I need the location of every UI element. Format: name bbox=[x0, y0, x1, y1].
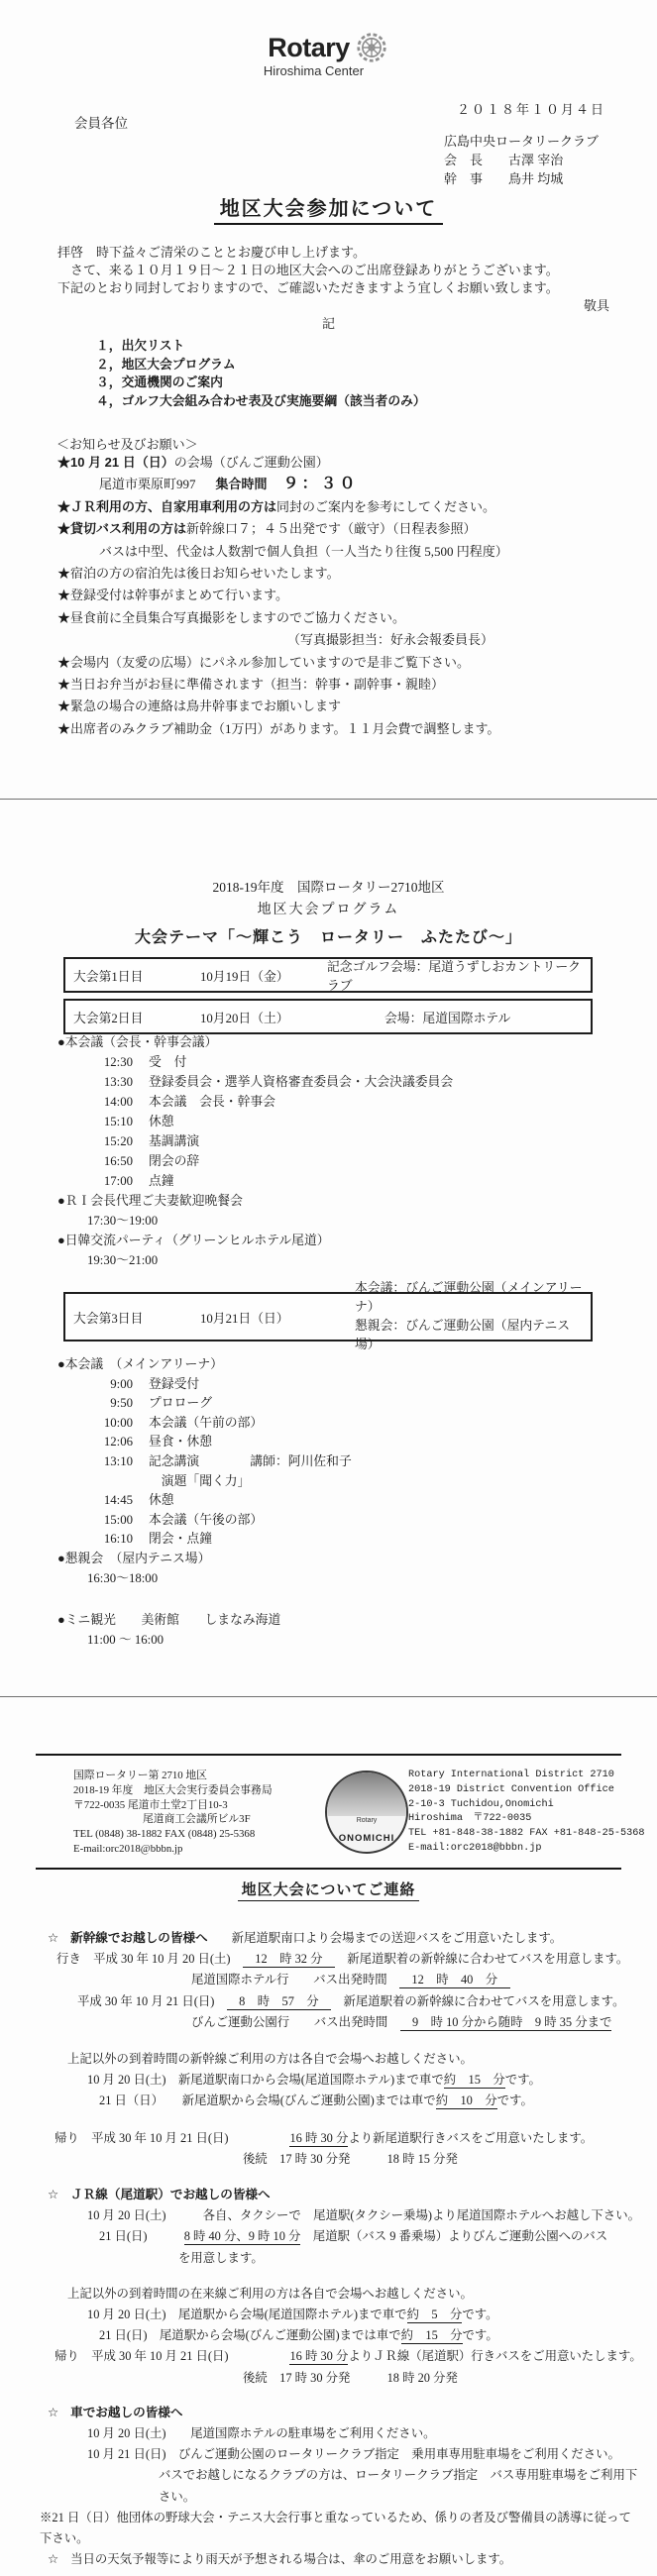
notices-block: ★10 月 21 日（日）の会場（びんご運動公園） 尾道市栗原町997集合時間９… bbox=[57, 452, 643, 740]
schedule-row: 16:10閉会・点鐘 bbox=[57, 1530, 643, 1550]
contact-note: ※21 日（日）他団体の野球大会・テニス大会行事と重なっているため、係りの者及び… bbox=[40, 2508, 643, 2549]
contact-line: 帰り 平成 30 年 10 月 21 日(日) 16 時 30 分よりＪＲ線（尾… bbox=[40, 2346, 643, 2367]
schedule-row: 13:10記念講演 講師：阿川佐和子 bbox=[57, 1452, 643, 1472]
star-icon: ☆ bbox=[48, 2188, 58, 2201]
star-icon: ☆ bbox=[48, 2552, 58, 2566]
star-icon: ☆ bbox=[48, 2406, 58, 2419]
program-header-title: 地区大会プログラム bbox=[0, 899, 657, 918]
schedule-row: 15:20基調講演 bbox=[57, 1131, 643, 1151]
session-time: 16:30～18:00 bbox=[57, 1569, 643, 1589]
contact-line: 上記以外の到着時間の新幹線ご利用の方は各自で会場へお越しください。 bbox=[40, 2049, 643, 2070]
contact-line: びんご運動公園行 バス出発時間 9 時 10 分から随時 9 時 35 分まで bbox=[40, 2012, 643, 2033]
sender-president: 会 長 古澤 宰治 bbox=[444, 151, 599, 169]
office-line: 国際ロータリー第 2710 地区 bbox=[73, 1769, 325, 1783]
contact-line: 21 日(日) 8 時 40 分、9 時 10 分 尾道駅（バス 9 番乗場）よ… bbox=[40, 2226, 643, 2247]
office-line: Rotary International District 2710 bbox=[408, 1769, 657, 1783]
contact-line: 10 月 20 日(土) 尾道国際ホテルの駐車場をご利用ください。 bbox=[40, 2423, 643, 2444]
notice-line: 尾道市栗原町997集合時間９：３０ bbox=[57, 474, 643, 495]
scanned-document: Rotary Hiroshima Center ２０１８年１０月４日 会員各位 … bbox=[0, 0, 657, 2576]
notice-line: ★当日お弁当がお昼に準備されます（担当：幹事・副幹事・親睦） bbox=[57, 674, 643, 696]
contact-line: を用意します。 bbox=[40, 2248, 643, 2269]
schedule-row: 演題「聞く力」 bbox=[57, 1472, 643, 1492]
contact-line: 10 月 21 日(日) びんご運動公園のロータリークラブ指定 乗用車専用駐車場… bbox=[40, 2444, 643, 2465]
session-heading: ●懇親会 （屋内テニス場） bbox=[57, 1550, 643, 1569]
enclosure-item: １，出欠リスト bbox=[96, 337, 426, 356]
rotary-logo: Rotary Hiroshima Center bbox=[0, 30, 657, 78]
shinkansen-heading: ☆新幹線でお越しの皆様へ新尾道駅南口より会場までの送迎バスをご用意いたします。 bbox=[40, 1928, 643, 1949]
office-line: 2-10-3 Tuchidou,Onomichi bbox=[408, 1798, 657, 1813]
session-time: 17:30～19:00 bbox=[57, 1211, 643, 1231]
notice-line: ★出席者のみクラブ補助金（1万円）があります。１１月会費で調整します。 bbox=[57, 718, 643, 740]
sender-club: 広島中央ロータリークラブ bbox=[444, 132, 599, 151]
contact-line: 上記以外の到着時間の在来線ご利用の方は各自で会場へお越しください。 bbox=[40, 2284, 643, 2305]
contact-line: 平成 30 年 10 月 21 日(日) 8 時 57 分 新尾道駅着の新幹線に… bbox=[40, 1991, 643, 2012]
schedule-row: 14:00本会議 会長・幹事会 bbox=[57, 1092, 643, 1112]
stamp-landscape-art bbox=[327, 1772, 406, 1816]
day2-date: 10月20日（土） bbox=[200, 1008, 327, 1026]
rotary-wheel-icon bbox=[354, 30, 389, 65]
day2-venue: 会場：尾道国際ホテル bbox=[327, 1008, 583, 1026]
car-heading: ☆車でお越しの皆様へ bbox=[40, 2403, 643, 2423]
notice-line: ★10 月 21 日（日）の会場（びんご運動公園） bbox=[57, 452, 643, 474]
star-icon: ☆ bbox=[48, 1931, 58, 1945]
contact-line: 尾道国際ホテル行 バス出発時間 12 時 40 分 bbox=[40, 1970, 643, 1990]
day2-label: 大会第2日目 bbox=[73, 1008, 200, 1026]
office-line: 〒722-0035 尾道市土堂2丁目10-3 bbox=[73, 1798, 325, 1813]
notice-line: ★緊急の場合の連絡は鳥井幹事までお願いします bbox=[57, 696, 643, 717]
contact-line: 帰り 平成 30 年 10 月 21 日(日) 16 時 30 分より新尾道駅行… bbox=[40, 2128, 643, 2149]
letter-body: 拝啓 時下益々ご清栄のこととお慶び申し上げます。 さて、来る１０月１９日～２１日… bbox=[57, 244, 629, 297]
sender-block: 広島中央ロータリークラブ 会 長 古澤 宰治 幹 事 鳥井 均城 bbox=[444, 132, 599, 188]
letter-title: 地区大会参加について bbox=[0, 192, 657, 221]
page-divider bbox=[0, 799, 657, 800]
contact-line: 21 日（日） 新尾道駅から会場(びんご運動公園)までは車で約 10 分です。 bbox=[40, 2091, 643, 2111]
office-address-japanese: 国際ロータリー第 2710 地区 2018-19 年度 地区大会実行委員会事務局… bbox=[36, 1769, 325, 1857]
notice-line: ★昼食前に全員集合写真撮影をしますのでご協力ください。 bbox=[57, 607, 643, 629]
contact-line: 10 月 20 日(土) 尾道駅から会場(尾道国際ホテル)まで車で約 5 分です… bbox=[40, 2305, 643, 2325]
letter-paragraph: さて、来る１０月１９日～２１日の地区大会へのご出席登録ありがとうございます。 bbox=[57, 262, 629, 279]
schedule-row: 12:30受 付 bbox=[57, 1052, 643, 1072]
notice-line: ★ＪＲ利用の方、自家用車利用の方は同封のご案内を参考にしてください。 bbox=[57, 496, 643, 518]
district-office-footer: 国際ロータリー第 2710 地区 2018-19 年度 地区大会実行委員会事務局… bbox=[36, 1754, 621, 1870]
contact-line: 行き 平成 30 年 10 月 20 日(土) 12 時 32 分 新尾道駅着の… bbox=[40, 1949, 643, 1970]
schedule-row: 15:00本会議（午後の部） bbox=[57, 1511, 643, 1531]
session-heading: ●本会議（会長・幹事会議） bbox=[57, 1032, 643, 1052]
day3-venue-main: 本会議：びんご運動公園（メインアリーナ） bbox=[355, 1279, 583, 1317]
onomichi-stamp: Rotary ONOMICHI bbox=[325, 1771, 408, 1854]
sender-secretary: 幹 事 鳥井 均城 bbox=[444, 169, 599, 188]
day3-venue-party: 懇親会：びんご運動公園（屋内テニス場） bbox=[355, 1317, 583, 1354]
notice-heading: ＜お知らせ及びお願い＞ bbox=[56, 434, 198, 453]
contact-block: ☆新幹線でお越しの皆様へ新尾道駅南口より会場までの送迎バスをご用意いたします。 … bbox=[40, 1928, 643, 2570]
office-address-english: Rotary International District 2710 2018-… bbox=[408, 1769, 657, 1857]
office-line: 2018-19 年度 地区大会実行委員会事務局 bbox=[73, 1783, 325, 1798]
convention-theme: 大会テーマ「～輝こう ロータリー ふたたび～」 bbox=[0, 924, 657, 947]
office-line: Hiroshima 〒722-0035 bbox=[408, 1812, 657, 1827]
session-heading: ●ＲＩ会長代理ご夫妻歓迎晩餐会 bbox=[57, 1191, 643, 1211]
day3-schedule: ●本会議 （メインアリーナ） 9:00登録受付 9:50プロローグ 10:00本… bbox=[57, 1355, 643, 1588]
letter-closing: 敬具 bbox=[584, 295, 609, 314]
schedule-row: 17:00点鐘 bbox=[57, 1171, 643, 1191]
schedule-row: 9:50プロローグ bbox=[57, 1394, 643, 1414]
mini-tour-block: ●ミニ観光 美術館 しまなみ海道 11:00 ～ 16:00 bbox=[57, 1611, 643, 1650]
office-line: TEL (0848) 38-1882 FAX (0848) 25-5368 bbox=[73, 1827, 325, 1842]
day1-date: 10月19日（金） bbox=[200, 966, 327, 985]
contact-line: バスでお越しになるクラブの方は、ロータリークラブ指定 バス専用駐車場をご利用下さ… bbox=[40, 2465, 643, 2507]
session-time: 19:30～21:00 bbox=[57, 1250, 643, 1270]
notice-line: （写真撮影担当：好永会報委員長） bbox=[57, 629, 643, 651]
letter-date: ２０１８年１０月４日 bbox=[457, 99, 605, 118]
schedule-row: 15:10休憩 bbox=[57, 1112, 643, 1131]
enclosure-item: ２，地区大会プログラム bbox=[96, 356, 426, 375]
day2-schedule: ●本会議（会長・幹事会議） 12:30受 付 13:30登録委員会・選挙人資格審… bbox=[57, 1032, 643, 1270]
day3-label: 大会第3日目 bbox=[73, 1308, 200, 1327]
notice-line: バスは中型、代金は人数割で個人負担（一人当たり往復 5,500 円程度） bbox=[57, 541, 643, 563]
office-line: 2018-19 District Convention Office bbox=[408, 1783, 657, 1798]
session-heading: ●本会議 （メインアリーナ） bbox=[57, 1355, 643, 1375]
day1-venue: 記念ゴルフ会場：尾道うずしおカントリークラブ bbox=[327, 956, 583, 994]
program-header-district: 2018-19年度 国際ロータリー2710地区 bbox=[0, 876, 657, 896]
contact-line: 後続 17 時 30 分発 18 時 15 分発 bbox=[40, 2149, 643, 2170]
enclosure-item: ３，交通機関のご案内 bbox=[96, 374, 426, 392]
day1-table: 大会第1日目 10月19日（金） 記念ゴルフ会場：尾道うずしおカントリークラブ bbox=[63, 957, 593, 993]
notice-line: ★貸切バス利用の方は新幹線口７；４５出発です（厳守）（日程表参照） bbox=[57, 518, 643, 540]
enclosure-list: １，出欠リスト ２，地区大会プログラム ３，交通機関のご案内 ４，ゴルフ大会組み… bbox=[96, 337, 426, 410]
contact-line: ☆当日の天気予報等により雨天が予想される場合は、傘のご用意をお願いします。 bbox=[40, 2549, 643, 2570]
jr-heading: ☆ＪＲ線（尾道駅）でお越しの皆様へ bbox=[40, 2185, 643, 2205]
office-line: E-mail:orc2018@bbbn.jp bbox=[408, 1842, 657, 1857]
page-divider bbox=[0, 1696, 657, 1697]
office-line: TEL +81-848-38-1882 FAX +81-848-25-5368 bbox=[408, 1827, 657, 1842]
contact-line: 後続 17 時 30 分発 18 時 20 分発 bbox=[40, 2368, 643, 2389]
notice-line: ★登録受付は幹事がまとめて行います。 bbox=[57, 585, 643, 606]
schedule-row: 12:06昼食・休憩 bbox=[57, 1433, 643, 1452]
letter-paragraph: 下記のとおり同封しておりますので、ご確認いただきますよう宜しくお願い致します。 bbox=[57, 279, 629, 297]
stamp-onomichi-text: ONOMICHI bbox=[327, 1833, 406, 1844]
session-heading: ●日韓交流パーティ（グリーンヒルホテル尾道） bbox=[57, 1231, 643, 1250]
notice-line: ★会場内（友愛の広場）にパネル参加していますので是非ご覧下さい。 bbox=[57, 652, 643, 674]
day3-date: 10月21日（日） bbox=[200, 1308, 327, 1327]
letter-paragraph: 拝啓 時下益々ご清栄のこととお慶び申し上げます。 bbox=[57, 244, 629, 262]
contact-line: 10 月 20 日(土) 各自、タクシーで 尾道駅(タクシー乗場)より尾道国際ホ… bbox=[40, 2205, 643, 2226]
schedule-row: 16:50閉会の辞 bbox=[57, 1151, 643, 1171]
enclosure-item: ４，ゴルフ大会組み合わせ表及び実施要綱（該当者のみ） bbox=[96, 392, 426, 411]
letter-ki-marker: 記 bbox=[0, 313, 657, 332]
office-line: E-mail:orc2018@bbbn.jp bbox=[73, 1842, 325, 1857]
office-line: 尾道商工会議所ビル3F bbox=[73, 1812, 325, 1827]
session-time: 11:00 ～ 16:00 bbox=[57, 1631, 643, 1651]
letter-addressee: 会員各位 bbox=[74, 112, 128, 132]
day2-table: 大会第2日目 10月20日（土） 会場：尾道国際ホテル bbox=[63, 999, 593, 1034]
rotary-brand-text: Rotary bbox=[268, 33, 350, 63]
day3-venues: 本会議：びんご運動公園（メインアリーナ） 懇親会：びんご運動公園（屋内テニス場） bbox=[327, 1279, 583, 1354]
contact-line: 10 月 20 日(土) 新尾道駅南口から会場(尾道国際ホテル)まで車で約 15… bbox=[40, 2070, 643, 2091]
session-heading: ●ミニ観光 美術館 しまなみ海道 bbox=[57, 1611, 643, 1631]
stamp-rotary-text: Rotary bbox=[327, 1817, 406, 1824]
schedule-row: 9:00登録受付 bbox=[57, 1375, 643, 1395]
contact-line: 21 日(日) 尾道駅から会場(びんご運動公園)までは車で約 15 分です。 bbox=[40, 2325, 643, 2346]
contact-title: 地区大会についてご連絡 bbox=[0, 1878, 657, 1899]
schedule-row: 10:00本会議（午前の部） bbox=[57, 1414, 643, 1434]
day3-table: 大会第3日目 10月21日（日） 本会議：びんご運動公園（メインアリーナ） 懇親… bbox=[63, 1292, 593, 1342]
schedule-row: 14:45休憩 bbox=[57, 1491, 643, 1511]
notice-line: ★宿泊の方の宿泊先は後日お知らせいたします。 bbox=[57, 563, 643, 585]
schedule-row: 13:30登録委員会・選挙人資格審査委員会・大会決議委員会 bbox=[57, 1072, 643, 1092]
day1-label: 大会第1日目 bbox=[73, 966, 200, 985]
rotary-brand-subtext: Hiroshima Center bbox=[0, 63, 627, 78]
